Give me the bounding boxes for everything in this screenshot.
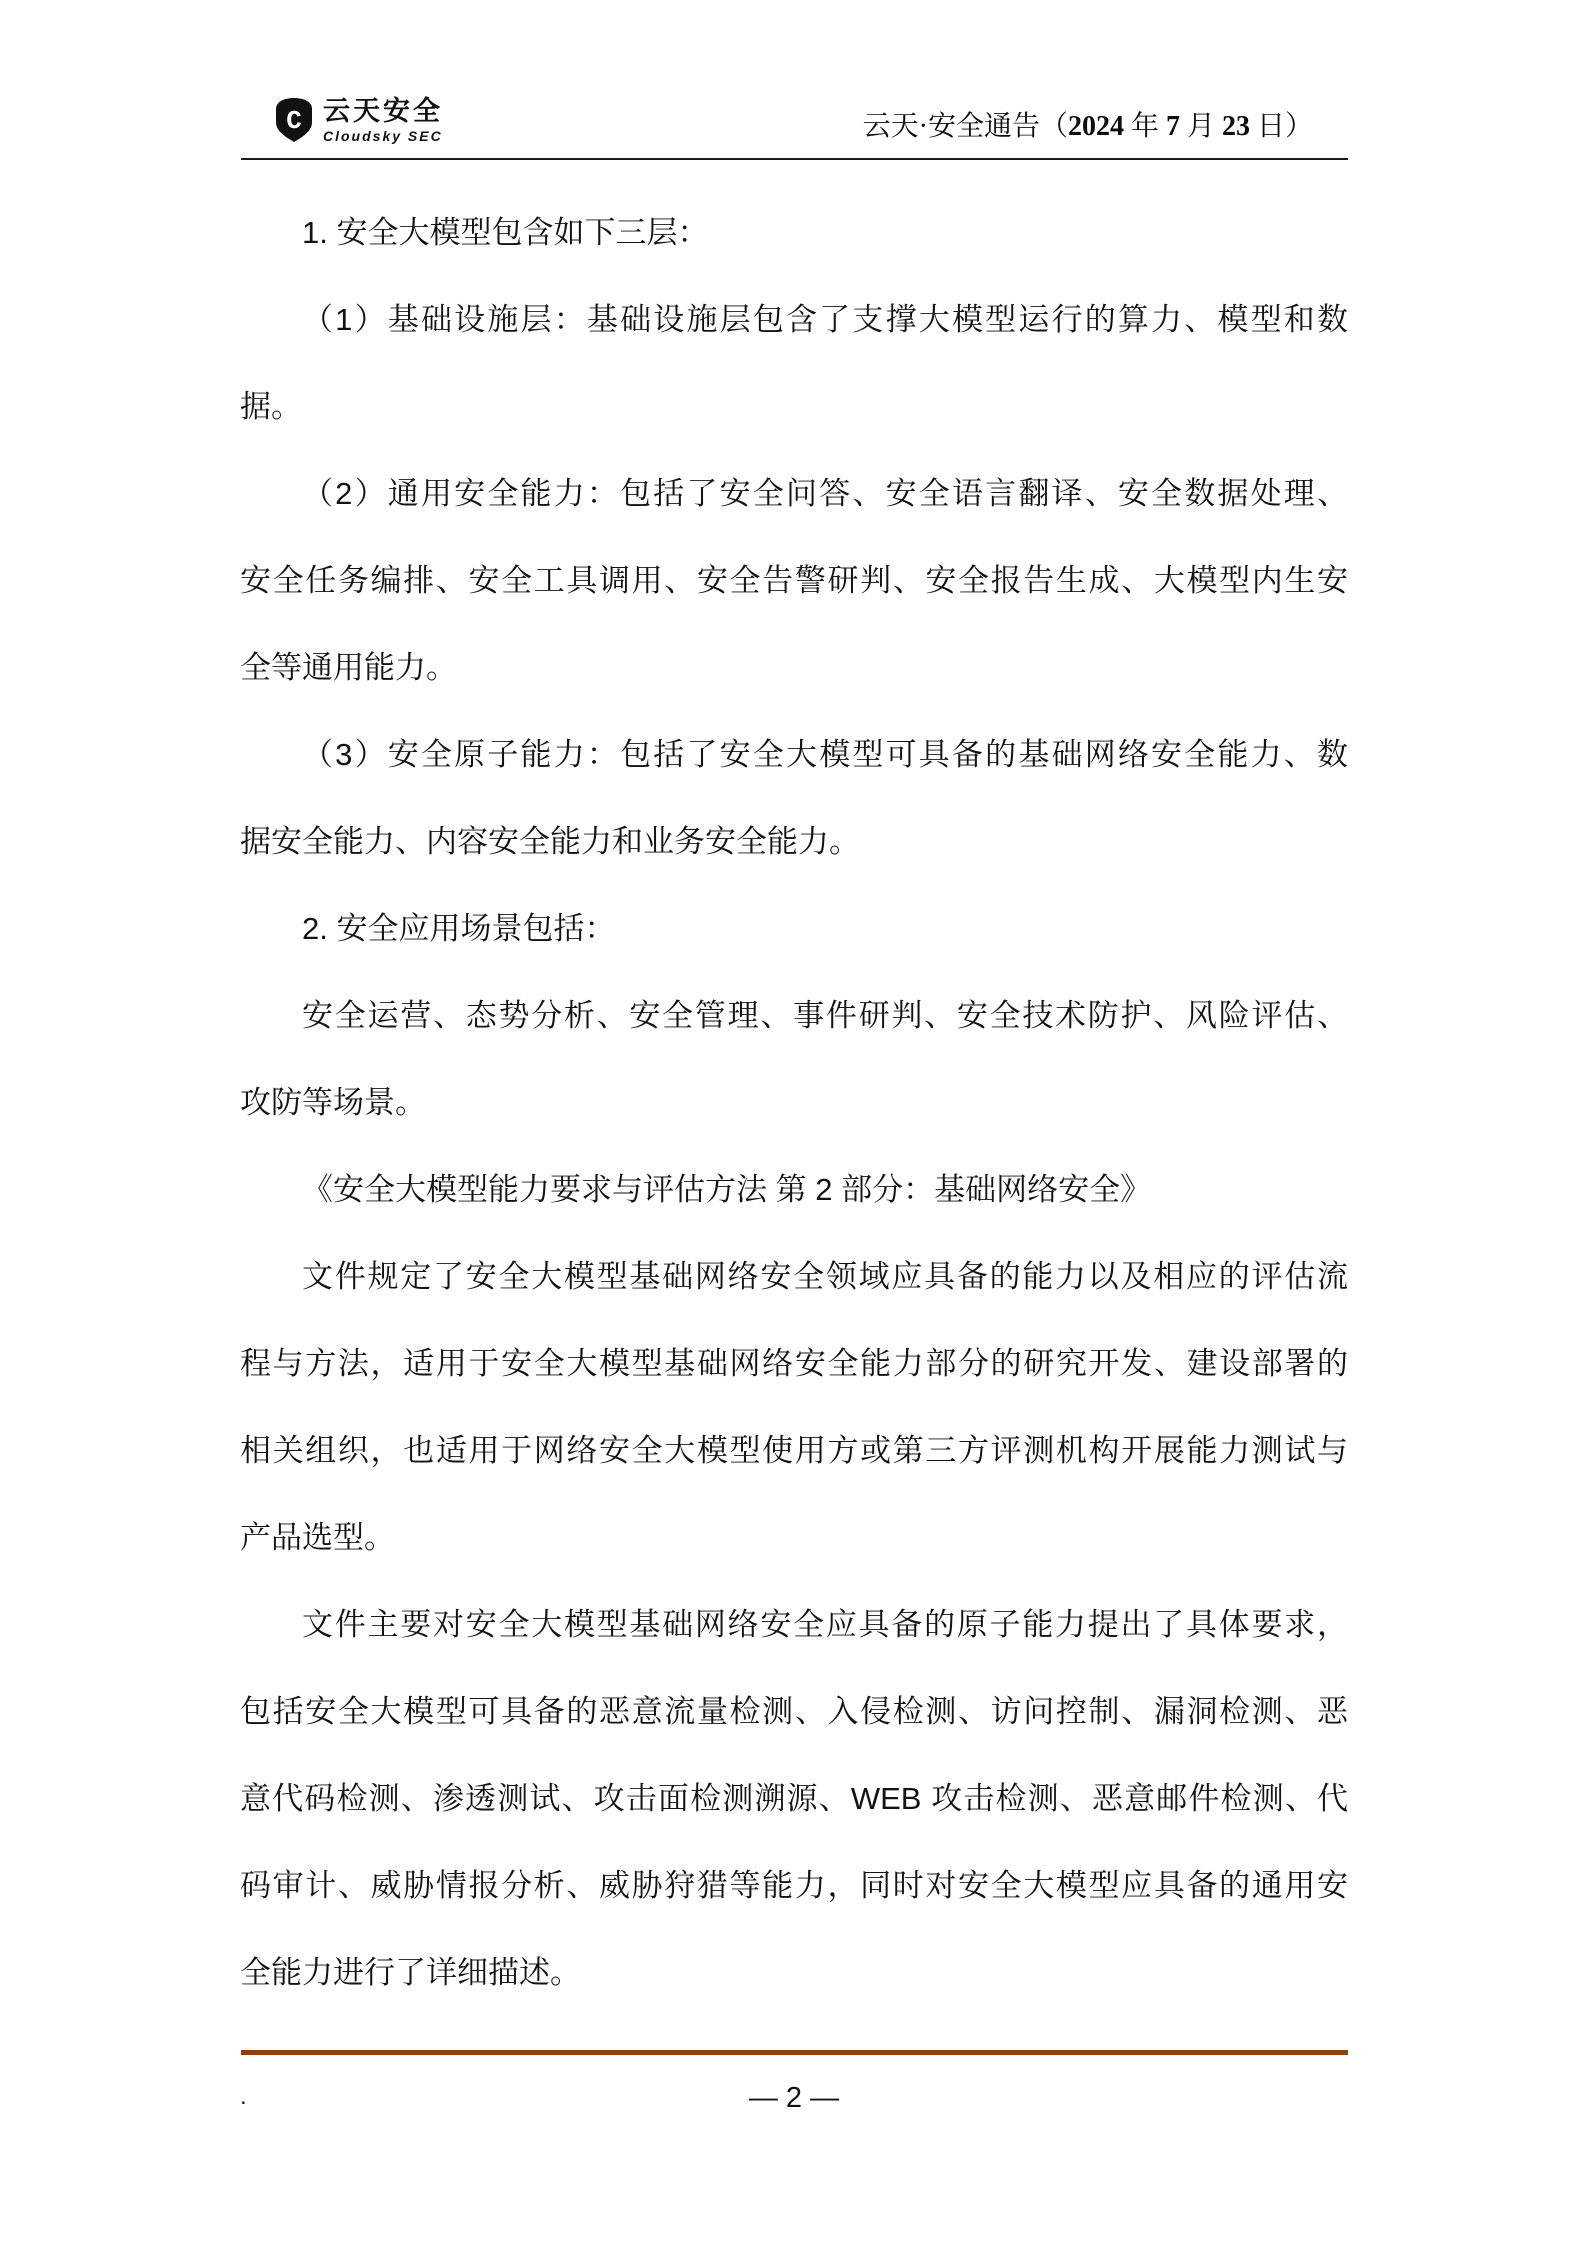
svg-text:C: C [286,106,302,136]
bulletin-title-segment: 云天·安全通告（ [863,111,1068,142]
body-line: 码审计、威胁情报分析、威胁狩猎等能力，同时对安全大模型应具备的通用安 [240,1842,1348,1929]
bulletin-title-segment: 23 [1222,111,1250,142]
body-line: 攻防等场景。 [240,1059,1348,1146]
header-rule [241,158,1348,160]
body-line: 据安全能力、内容安全能力和业务安全能力。 [240,798,1348,885]
body-line: 安全运营、态势分析、安全管理、事件研判、安全技术防护、风险评估、 [240,972,1348,1059]
bulletin-title-segment: 日） [1250,111,1313,142]
body-line: 1. 安全大模型包含如下三层： [240,189,1348,276]
body-line: （3）安全原子能力：包括了安全大模型可具备的基础网络安全能力、数 [240,711,1348,798]
company-logo: C 云天安全 Cloudsky SEC [274,97,443,143]
footer-rule [241,2050,1348,2055]
bulletin-title-segment: 7 [1166,111,1180,142]
page-number: — 2 — [240,2080,1348,2116]
body-line: 安全任务编排、安全工具调用、安全告警研判、安全报告生成、大模型内生安 [240,537,1348,624]
bulletin-title-segment: 2024 [1068,111,1124,142]
body-line: 全等通用能力。 [240,624,1348,711]
body-line: 2. 安全应用场景包括： [240,885,1348,972]
body-line: 意代码检测、渗透测试、攻击面检测溯源、WEB 攻击检测、恶意邮件检测、代 [240,1755,1348,1842]
bulletin-title-segment: 月 [1180,111,1222,142]
body-line: 相关组织，也适用于网络安全大模型使用方或第三方评测机构开展能力测试与 [240,1407,1348,1494]
body-line: 程与方法，适用于安全大模型基础网络安全能力部分的研究开发、建设部署的 [240,1320,1348,1407]
body-line: 文件规定了安全大模型基础网络安全领域应具备的能力以及相应的评估流 [240,1233,1348,1320]
body-line: 文件主要对安全大模型基础网络安全应具备的原子能力提出了具体要求， [240,1581,1348,1668]
body-line: 产品选型。 [240,1494,1348,1581]
bulletin-title-segment: 年 [1124,111,1166,142]
body-line: 包括安全大模型可具备的恶意流量检测、入侵检测、访问控制、漏洞检测、恶 [240,1668,1348,1755]
bulletin-title: 云天·安全通告（2024 年 7 月 23 日） [863,110,1313,144]
body-line: 全能力进行了详细描述。 [240,1929,1348,2016]
logo-text: 云天安全 Cloudsky SEC [323,98,443,143]
body-text: 1. 安全大模型包含如下三层：（1）基础设施层：基础设施层包含了支撑大模型运行的… [240,189,1348,2016]
document-page: C 云天安全 Cloudsky SEC 云天·安全通告（2024 年 7 月 2… [0,0,1587,2245]
shield-logo-icon: C [274,97,314,143]
body-line: （1）基础设施层：基础设施层包含了支撑大模型运行的算力、模型和数 [240,276,1348,363]
body-line: 《安全大模型能力要求与评估方法 第 2 部分：基础网络安全》 [240,1146,1348,1233]
logo-name-cn: 云天安全 [323,98,443,125]
logo-name-en: Cloudsky SEC [323,129,443,143]
body-line: （2）通用安全能力：包括了安全问答、安全语言翻译、安全数据处理、 [240,450,1348,537]
body-line: 据。 [240,363,1348,450]
